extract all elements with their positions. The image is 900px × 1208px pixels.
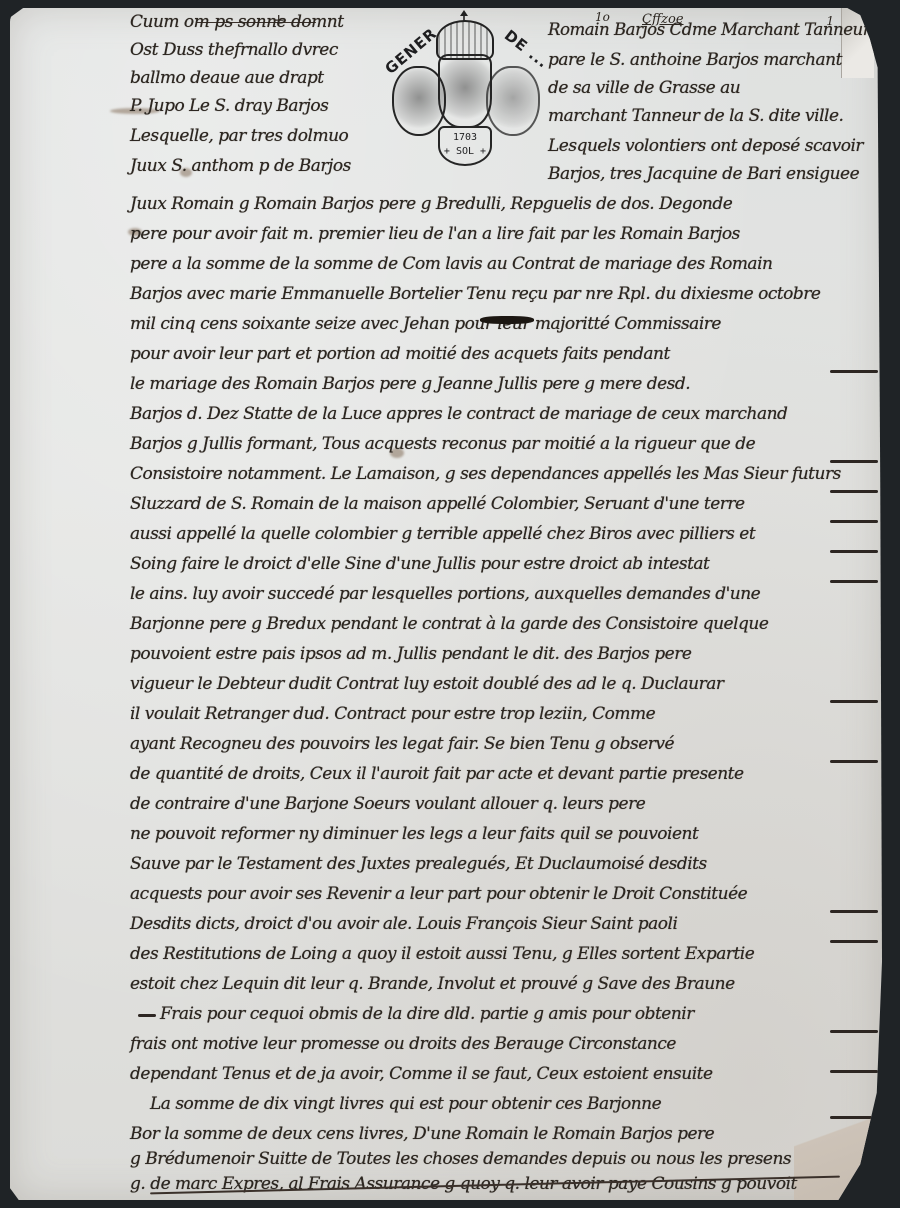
text-line: pere pour avoir fait m. premier lieu de … bbox=[130, 224, 740, 244]
text-line: marchant Tanneur de la S. dite ville. bbox=[548, 106, 843, 126]
stamp-cartouche: 1703 + SOL + bbox=[438, 126, 492, 166]
torn-corner bbox=[794, 1090, 874, 1200]
text-line: Desdits dicts, droict d'ou avoir ale. Lo… bbox=[130, 914, 677, 934]
text-line: le mariage des Romain Barjos pere g Jean… bbox=[130, 374, 690, 394]
text-line: Ost Duss thefrnallo dvrec bbox=[130, 40, 338, 60]
text-line: estoit chez Lequin dit leur q. Brande, I… bbox=[130, 974, 735, 994]
text-line: Barjos g Jullis formant, Tous acquests r… bbox=[130, 434, 755, 454]
text-line: pouvoient estre pais ipsos ad m. Jullis … bbox=[130, 644, 691, 664]
text-line: de sa ville de Grasse au bbox=[548, 78, 740, 98]
text-line: Barjos d. Dez Statte de la Luce appres l… bbox=[130, 404, 787, 424]
text-line: Sauve par le Testament des Juxtes preale… bbox=[130, 854, 707, 874]
text-line: ayant Recogneu des pouvoirs les legat fa… bbox=[130, 734, 674, 754]
text-line: aussi appellé la quelle colombier g terr… bbox=[130, 524, 755, 544]
text-line: Juux Romain g Romain Barjos pere g Bredu… bbox=[130, 194, 732, 214]
text-line: Sluzzard de S. Romain de la maison appel… bbox=[130, 494, 745, 514]
text-line: de quantité de droits, Ceux il l'auroit … bbox=[130, 764, 744, 784]
text-line: le ains. luy avoir succedé par lesquelle… bbox=[130, 584, 760, 604]
text-line: Frais pour cequoi obmis de la dire dld. … bbox=[160, 1004, 694, 1024]
text-line: pere a la somme de la somme de Com lavis… bbox=[130, 254, 772, 274]
text-line: Barjonne pere g Bredux pendant le contra… bbox=[130, 614, 768, 634]
line-filler-stroke bbox=[830, 1116, 878, 1119]
line-filler-stroke bbox=[830, 1070, 878, 1073]
text-line: P. Jupo Le S. dray Barjos bbox=[130, 96, 328, 116]
tax-stamp: GENER DE ... 1703 + SOL + bbox=[378, 14, 548, 174]
stamp-legend-right: DE ... bbox=[501, 26, 552, 72]
line-filler-stroke bbox=[830, 460, 878, 463]
text-line: Cuum om ps sonne domnt bbox=[130, 12, 344, 32]
line-filler-stroke bbox=[830, 370, 878, 373]
line-filler-stroke bbox=[830, 520, 878, 523]
line-filler-stroke bbox=[830, 760, 878, 763]
text-line: mil cinq cens soixante seize avec Jehan … bbox=[130, 314, 721, 334]
line-filler-stroke bbox=[830, 550, 878, 553]
stamp-value: + SOL + bbox=[440, 145, 490, 159]
line-filler-stroke bbox=[830, 910, 878, 913]
text-line: vigueur le Debteur dudit Contrat luy est… bbox=[130, 674, 724, 694]
text-line: frais ont motive leur promesse ou droits… bbox=[130, 1034, 676, 1054]
line-filler-stroke bbox=[830, 1030, 878, 1033]
text-line: Lesquels volontiers ont deposé scavoir bbox=[548, 136, 863, 156]
text-line: Barjos avec marie Emmanuelle Bortelier T… bbox=[130, 284, 820, 304]
text-line: La somme de dix vingt livres qui est pou… bbox=[150, 1094, 661, 1114]
text-line: Soing faire le droict d'elle Sine d'une … bbox=[130, 554, 709, 574]
folded-corner bbox=[841, 8, 874, 78]
text-line: acquests pour avoir ses Revenir a leur p… bbox=[130, 884, 747, 904]
stamp-year: 1703 bbox=[440, 131, 490, 145]
shield-icon bbox=[438, 54, 492, 128]
text-line: des Restitutions de Loing a quoy il esto… bbox=[130, 944, 754, 964]
ink-blot bbox=[480, 316, 534, 324]
line-filler-stroke bbox=[830, 490, 878, 493]
text-line: Juux S. anthom p de Barjos bbox=[130, 156, 351, 176]
text-line: Bor la somme de deux cens livres, D'une … bbox=[130, 1124, 714, 1144]
text-line: ne pouvoit reformer ny diminuer les legs… bbox=[130, 824, 698, 844]
line-filler-stroke bbox=[830, 700, 878, 703]
text-line: Consistoire notamment. Le Lamaison, g se… bbox=[130, 464, 841, 484]
manuscript-page: 1 + GENER DE ... 1703 + SOL + 1o Cffzoe … bbox=[10, 8, 882, 1200]
text-line: Lesquelle, par tres dolmuo bbox=[130, 126, 348, 146]
text-line: g Brédumenoir Suitte de Toutes les chose… bbox=[130, 1149, 791, 1169]
text-line: ballmo deaue aue drapt bbox=[130, 68, 324, 88]
text-line: dependant Tenus et de ja avoir, Comme il… bbox=[130, 1064, 713, 1084]
line-filler-stroke bbox=[830, 580, 878, 583]
text-line: il voulait Retranger dud. Contract pour … bbox=[130, 704, 655, 724]
text-line: Romain Barjos Cdme Marchant Tanneur bbox=[548, 20, 870, 40]
shield-icon bbox=[486, 66, 540, 136]
text-line: Barjos, tres Jacquine de Bari ensiguee bbox=[548, 164, 859, 184]
line-filler-stroke bbox=[830, 940, 878, 943]
line-filler-stroke bbox=[138, 1014, 156, 1017]
text-line: de contraire d'une Barjone Soeurs voulan… bbox=[130, 794, 645, 814]
text-line: pour avoir leur part et portion ad moiti… bbox=[130, 344, 670, 364]
text-line: pare le S. anthoine Barjos marchant bbox=[548, 50, 842, 70]
